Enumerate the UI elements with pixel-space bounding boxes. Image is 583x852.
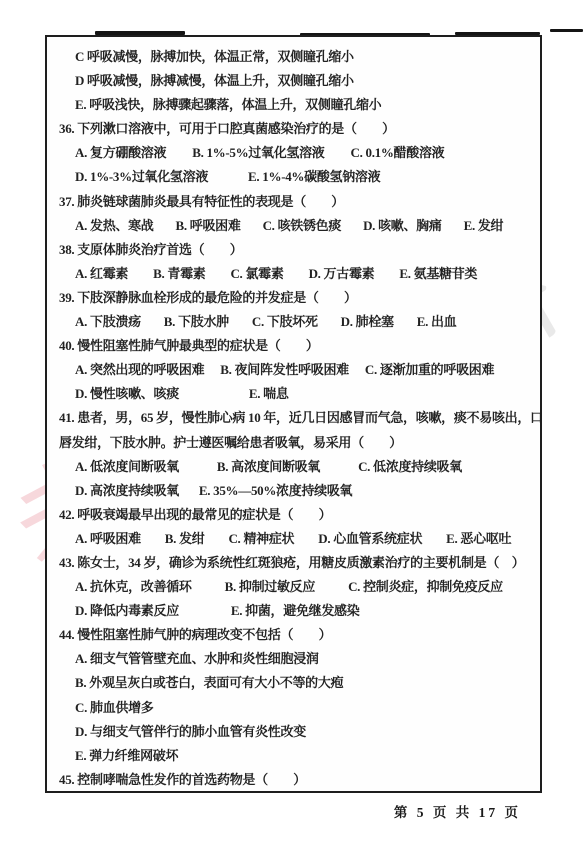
text-segment: B. 下肢水肿 xyxy=(164,310,229,334)
text-segment: C 呼吸减慢，脉搏加快，体温正常，双侧瞳孔缩小 xyxy=(75,45,354,69)
option-line: D. 高浓度持续吸氧E. 35%—50%浓度持续吸氧 xyxy=(47,479,540,503)
question-line: 38. 支原体肺炎治疗首选（ ） xyxy=(47,238,540,262)
text-segment: D. 慢性咳嗽、咳痰 xyxy=(75,382,179,406)
text-segment: 唇发绀，下肢水肿。护士遵医嘱给患者吸氧，易采用（ ） xyxy=(59,431,402,455)
option-line: A. 发热、寒战B. 呼吸困难C. 咳铁锈色痰D. 咳嗽、胸痛E. 发绀 xyxy=(47,214,540,238)
option-line: C. 肺血供增多 xyxy=(47,696,540,720)
question-line: 37. 肺炎链球菌肺炎最具有特征性的表现是（ ） xyxy=(47,190,540,214)
question-line: 36. 下列漱口溶液中，可用于口腔真菌感染治疗的是（ ） xyxy=(47,117,540,141)
option-line: D. 降低内毒素反应E. 抑菌，避免继发感染 xyxy=(47,599,540,623)
option-line: A. 细支气管管壁充血、水肿和炎性细胞浸润 xyxy=(47,647,540,671)
option-line: A. 抗休克，改善循环B. 抑制过敏反应C. 控制炎症，抑制免疫反应 xyxy=(47,575,540,599)
text-segment: A. 呼吸困难 xyxy=(75,527,141,551)
text-segment: E. 氨基糖苷类 xyxy=(399,262,477,286)
text-segment: A. 突然出现的呼吸困难 xyxy=(75,358,204,382)
text-segment: C. 精神症状 xyxy=(228,527,294,551)
option-line: A. 红霉素B. 青霉素C. 氯霉素D. 万古霉素E. 氨基糖苷类 xyxy=(47,262,540,286)
text-segment: B. 青霉素 xyxy=(153,262,205,286)
text-segment: A. 低浓度间断吸氧 xyxy=(75,455,179,479)
text-segment: E. 1%-4%碳酸氢钠溶液 xyxy=(248,165,380,189)
text-segment: E. 喘息 xyxy=(249,382,289,406)
text-segment: A. 下肢溃疡 xyxy=(75,310,141,334)
option-line: D 呼吸减慢，脉搏减慢，体温上升，双侧瞳孔缩小 xyxy=(47,69,540,93)
option-line: C 呼吸减慢，脉搏加快，体温正常，双侧瞳孔缩小 xyxy=(47,45,540,69)
continuation-line: 唇发绀，下肢水肿。护士遵医嘱给患者吸氧，易采用（ ） xyxy=(47,431,540,455)
text-segment: A. 发热、寒战 xyxy=(75,214,154,238)
text-segment: 40. 慢性阻塞性肺气肿最典型的症状是（ ） xyxy=(59,334,319,358)
text-segment: D. 1%-3%过氧化氢溶液 xyxy=(75,165,208,189)
exam-content-frame: C 呼吸减慢，脉搏加快，体温正常，双侧瞳孔缩小D 呼吸减慢，脉搏减慢，体温上升，… xyxy=(45,35,542,793)
text-segment: 36. 下列漱口溶液中，可用于口腔真菌感染治疗的是（ ） xyxy=(59,117,395,141)
option-line: D. 慢性咳嗽、咳痰E. 喘息 xyxy=(47,382,540,406)
scan-artifact xyxy=(550,29,583,32)
text-segment: C. 0.1%醋酸溶液 xyxy=(351,141,445,165)
option-line: A. 突然出现的呼吸困难B. 夜间阵发性呼吸困难C. 逐渐加重的呼吸困难 xyxy=(47,358,540,382)
text-segment: C. 咳铁锈色痰 xyxy=(263,214,342,238)
text-segment: C. 肺血供增多 xyxy=(75,696,154,720)
text-segment: E. 出血 xyxy=(417,310,457,334)
text-segment: D. 咳嗽、胸痛 xyxy=(363,214,442,238)
text-segment: E. 恶心呕吐 xyxy=(446,527,511,551)
text-segment: B. 夜间阵发性呼吸困难 xyxy=(220,358,349,382)
option-line: A. 下肢溃疡B. 下肢水肿C. 下肢坏死D. 肺栓塞E. 出血 xyxy=(47,310,540,334)
text-segment: B. 发绀 xyxy=(165,527,205,551)
option-line: A. 呼吸困难B. 发绀C. 精神症状D. 心血管系统症状E. 恶心呕吐 xyxy=(47,527,540,551)
text-segment: B. 1%-5%过氧化氢溶液 xyxy=(192,141,324,165)
text-segment: E. 抑菌，避免继发感染 xyxy=(231,599,360,623)
text-segment: D. 肺栓塞 xyxy=(341,310,394,334)
text-segment: B. 外观呈灰白或苍白，表面可有大小不等的大疱 xyxy=(75,671,343,695)
text-segment: 45. 控制哮喘急性发作的首选药物是（ ） xyxy=(59,768,306,791)
option-line: D. 与细支气管伴行的肺小血管有炎性改变 xyxy=(47,720,540,744)
text-segment: 38. 支原体肺炎治疗首选（ ） xyxy=(59,238,242,262)
page-footer: 第 5 页 共 17 页 xyxy=(394,801,521,821)
option-line: A. 低浓度间断吸氧B. 高浓度间断吸氧C. 低浓度持续吸氧 xyxy=(47,455,540,479)
text-segment: 39. 下肢深静脉血栓形成的最危险的并发症是（ ） xyxy=(59,286,357,310)
text-segment: B. 呼吸困难 xyxy=(176,214,241,238)
text-segment: E. 35%—50%浓度持续吸氧 xyxy=(199,479,352,503)
question-line: 39. 下肢深静脉血栓形成的最危险的并发症是（ ） xyxy=(47,286,540,310)
option-line: A. 复方硼酸溶液B. 1%-5%过氧化氢溶液C. 0.1%醋酸溶液 xyxy=(47,141,540,165)
question-line: 40. 慢性阻塞性肺气肿最典型的症状是（ ） xyxy=(47,334,540,358)
text-segment: C. 逐渐加重的呼吸困难 xyxy=(365,358,494,382)
option-line: E. 呼吸浅快，脉搏骤起骤落，体温上升，双侧瞳孔缩小 xyxy=(47,93,540,117)
text-segment: A. 细支气管管壁充血、水肿和炎性细胞浸润 xyxy=(75,647,319,671)
text-segment: A. 抗休克，改善循环 xyxy=(75,575,192,599)
option-line: B. 外观呈灰白或苍白，表面可有大小不等的大疱 xyxy=(47,671,540,695)
text-segment: D. 万古霉素 xyxy=(309,262,375,286)
text-segment: C. 氯霉素 xyxy=(230,262,283,286)
text-segment: C. 低浓度持续吸氧 xyxy=(358,455,462,479)
exam-page: { "footer": { "text": "第 5 页 共 17 页" }, … xyxy=(0,0,583,852)
text-segment: D 呼吸减慢，脉搏减慢，体温上升，双侧瞳孔缩小 xyxy=(75,69,354,93)
question-line: 45. 控制哮喘急性发作的首选药物是（ ） xyxy=(47,768,540,791)
exam-lines: C 呼吸减慢，脉搏加快，体温正常，双侧瞳孔缩小D 呼吸减慢，脉搏减慢，体温上升，… xyxy=(47,37,540,791)
text-segment: C. 下肢坏死 xyxy=(252,310,318,334)
text-segment: A. 复方硼酸溶液 xyxy=(75,141,166,165)
text-segment: E. 弹力纤维网破坏 xyxy=(75,744,178,768)
text-segment: D. 高浓度持续吸氧 xyxy=(75,479,179,503)
text-segment: D. 降低内毒素反应 xyxy=(75,599,179,623)
text-segment: 43. 陈女士，34 岁，确诊为系统性红斑狼疮，用糖皮质激素治疗的主要机制是（ … xyxy=(59,551,524,575)
text-segment: 37. 肺炎链球菌肺炎最具有特征性的表现是（ ） xyxy=(59,190,344,214)
text-segment: C. 控制炎症，抑制免疫反应 xyxy=(348,575,503,599)
question-line: 42. 呼吸衰竭最早出现的最常见的症状是（ ） xyxy=(47,503,540,527)
option-line: D. 1%-3%过氧化氢溶液E. 1%-4%碳酸氢钠溶液 xyxy=(47,165,540,189)
text-segment: D. 与细支气管伴行的肺小血管有炎性改变 xyxy=(75,720,306,744)
option-line: E. 弹力纤维网破坏 xyxy=(47,744,540,768)
text-segment: 44. 慢性阻塞性肺气肿的病理改变不包括（ ） xyxy=(59,623,331,647)
question-line: 41. 患者，男，65 岁，慢性肺心病 10 年，近几日因感冒而气急，咳嗽，痰不… xyxy=(47,406,540,430)
text-segment: B. 抑制过敏反应 xyxy=(225,575,315,599)
text-segment: 41. 患者，男，65 岁，慢性肺心病 10 年，近几日因感冒而气急，咳嗽，痰不… xyxy=(59,406,540,430)
text-segment: E. 呼吸浅快，脉搏骤起骤落，体温上升，双侧瞳孔缩小 xyxy=(75,93,381,117)
text-segment: 42. 呼吸衰竭最早出现的最常见的症状是（ ） xyxy=(59,503,331,527)
text-segment: E. 发绀 xyxy=(464,214,504,238)
text-segment: D. 心血管系统症状 xyxy=(318,527,422,551)
text-segment: B. 高浓度间断吸氧 xyxy=(217,455,320,479)
text-segment: A. 红霉素 xyxy=(75,262,128,286)
question-line: 43. 陈女士，34 岁，确诊为系统性红斑狼疮，用糖皮质激素治疗的主要机制是（ … xyxy=(47,551,540,575)
question-line: 44. 慢性阻塞性肺气肿的病理改变不包括（ ） xyxy=(47,623,540,647)
